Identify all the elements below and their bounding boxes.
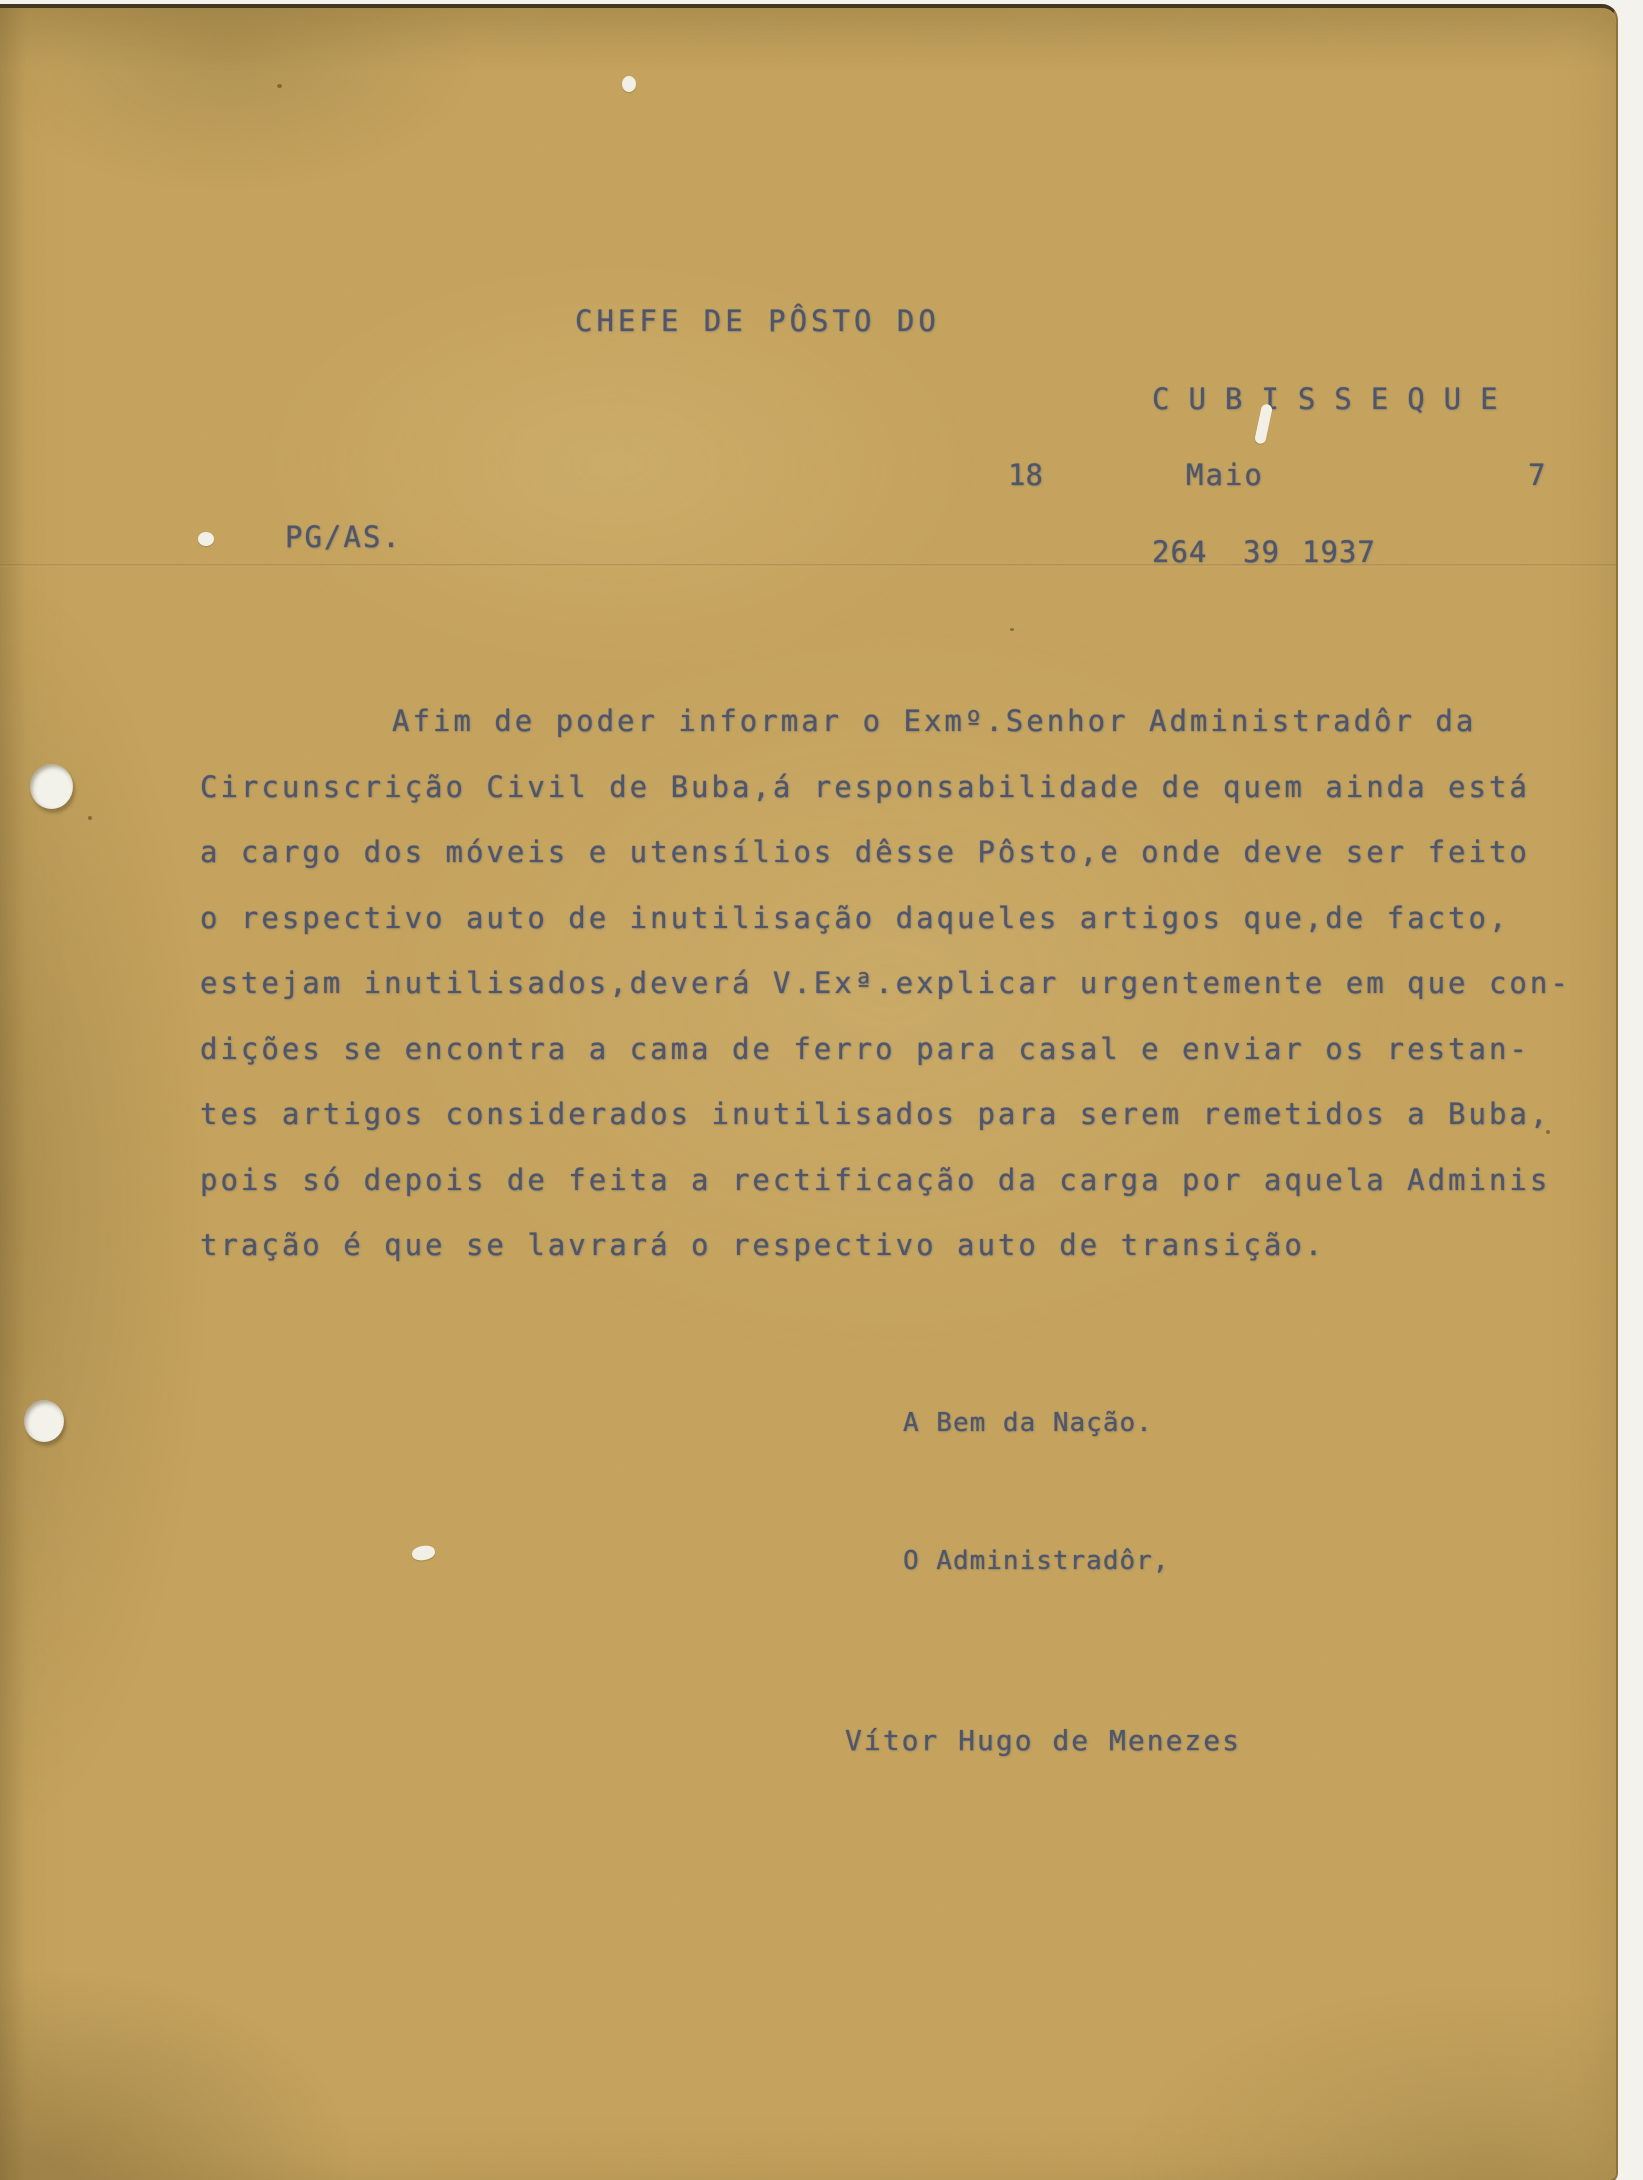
date-day: 18 — [1008, 458, 1043, 492]
punch-hole — [24, 1400, 64, 1442]
registry-number: 264 — [1152, 535, 1207, 569]
ink-spot — [1010, 628, 1014, 631]
date-hour: 7 — [1528, 458, 1545, 492]
body-line: Afim de poder informar o Exmº.Senhor Adm… — [200, 689, 1600, 755]
paper-speck — [198, 532, 214, 546]
body-line: Circunscrição Civil de Buba,á responsabi… — [200, 755, 1600, 821]
body-line: a cargo dos móveis e utensílios dêsse Pô… — [200, 820, 1600, 886]
body-line: dições se encontra a cama de ferro para … — [200, 1017, 1600, 1083]
letter-body: Afim de poder informar o Exmº.Senhor Adm… — [200, 689, 1600, 1279]
letterhead-office-line: CHEFE DE PÔSTO DO — [575, 304, 940, 338]
ink-spot — [1546, 1130, 1550, 1134]
reference-code: PG/AS. — [285, 520, 402, 554]
closing-salutation: A Bem da Nação. — [903, 1408, 1153, 1438]
date-month: Maio — [1186, 458, 1264, 492]
body-line: estejam inutilisados,deverá V.Exª.explic… — [200, 951, 1600, 1017]
body-line: tração é que se lavrará o respectivo aut… — [200, 1213, 1600, 1279]
paper-speck — [411, 1544, 436, 1562]
registry-series: 39 — [1243, 535, 1280, 569]
ink-spot — [277, 84, 282, 88]
ink-spot — [88, 816, 92, 820]
letterhead-location: CUBISSEQUE — [1152, 382, 1517, 416]
registry-year: 1937 — [1302, 535, 1376, 569]
body-line: tes artigos considerados inutilisados pa… — [200, 1082, 1600, 1148]
document-page: CHEFE DE PÔSTO DO CUBISSEQUE 18 Maio 7 P… — [0, 4, 1618, 2180]
typed-signature: Vítor Hugo de Menezes — [845, 1724, 1241, 1757]
punch-hole — [30, 764, 73, 809]
paper-speck — [622, 76, 636, 92]
body-line: o respectivo auto de inutilisação daquel… — [200, 886, 1600, 952]
body-line: pois só depois de feita a rectificação d… — [200, 1148, 1600, 1214]
signer-title: O Administradôr, — [903, 1546, 1169, 1576]
